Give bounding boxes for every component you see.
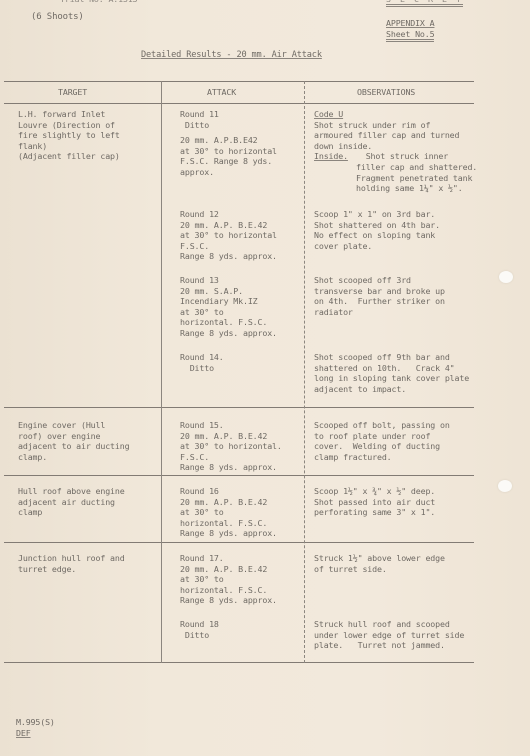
- classification-marking: S E C R E T: [386, 0, 463, 7]
- sheet-number: Sheet No.5: [386, 29, 434, 42]
- column-header-target: TARGET: [58, 87, 87, 98]
- row-divider: [4, 542, 474, 543]
- column-divider: [161, 81, 162, 663]
- attack-cell: Round 17. 20 mm. A.P. B.E.42 at 30° to h…: [180, 553, 277, 606]
- observation-cell: Shot scooped off 3rd transverse bar and …: [314, 275, 445, 317]
- observation-inside-label: Inside.: [314, 151, 348, 162]
- target-cell: Hull roof above engine adjacent air duct…: [18, 486, 125, 518]
- attack-cell: Round 13 20 mm. S.A.P. Incendiary Mk.IZ …: [180, 275, 277, 339]
- document-title: Detailed Results - 20 mm. Air Attack: [141, 50, 322, 61]
- reference-code: DEF: [16, 728, 31, 739]
- attack-cell: Round 16 20 mm. A.P. B.E.42 at 30° to ho…: [180, 486, 277, 539]
- target-cell: Engine cover (Hull roof) over engine adj…: [18, 420, 129, 462]
- attack-cell: Round 12 20 mm. A.P. B.E.42 at 30° to ho…: [180, 209, 277, 262]
- row-divider: [4, 407, 474, 408]
- attack-cell: Round 14. Ditto: [180, 352, 224, 373]
- table-bottom-rule: [4, 662, 474, 663]
- target-cell: L.H. forward Inlet Louvre (Direction of …: [18, 109, 120, 162]
- table-top-rule: [4, 81, 474, 82]
- column-divider: [304, 81, 305, 663]
- observation-cell: Shot struck under rim of armoured filler…: [314, 120, 459, 152]
- observation-inside-text: Shot struck inner filler cap and shatter…: [356, 151, 477, 193]
- attack-cell: Round 18 Ditto: [180, 619, 219, 640]
- observation-cell: Shot scooped off 9th bar and shattered o…: [314, 352, 469, 394]
- column-header-attack: ATTACK: [207, 87, 236, 98]
- observation-cell: Struck 1½" above lower edge of turret si…: [314, 553, 445, 574]
- attack-cell: Round 11 Ditto: [180, 109, 219, 130]
- document-page: Trial No. A.1515 (6 Shoots) S E C R E T …: [0, 0, 530, 756]
- attack-detail-cell: 20 mm. A.P.B.E42 at 30° to horizontal F.…: [180, 135, 277, 177]
- observation-cell: Scoop 1" x 1" on 3rd bar. Shot shattered…: [314, 209, 440, 251]
- form-number: M.995(S): [16, 717, 55, 728]
- observation-cell: Struck hull roof and scooped under lower…: [314, 619, 464, 651]
- appendix-label: APPENDIX A: [386, 18, 434, 29]
- column-header-observations: OBSERVATIONS: [357, 87, 415, 98]
- observation-code: Code U: [314, 109, 343, 120]
- target-cell: Junction hull roof and turret edge.: [18, 553, 125, 574]
- punch-hole: [498, 480, 512, 492]
- observation-cell: Scooped off bolt, passing on to roof pla…: [314, 420, 450, 462]
- punch-hole: [499, 271, 513, 283]
- header-bottom-rule: [4, 103, 474, 104]
- shoots-count: (6 Shoots): [31, 12, 84, 23]
- trial-number: Trial No. A.1515: [60, 0, 138, 5]
- observation-cell: Scoop 1½" x ¾" x ½" deep. Shot passed in…: [314, 486, 435, 518]
- row-divider: [4, 475, 474, 476]
- attack-cell: Round 15. 20 mm. A.P. B.E.42 at 30° to h…: [180, 420, 282, 473]
